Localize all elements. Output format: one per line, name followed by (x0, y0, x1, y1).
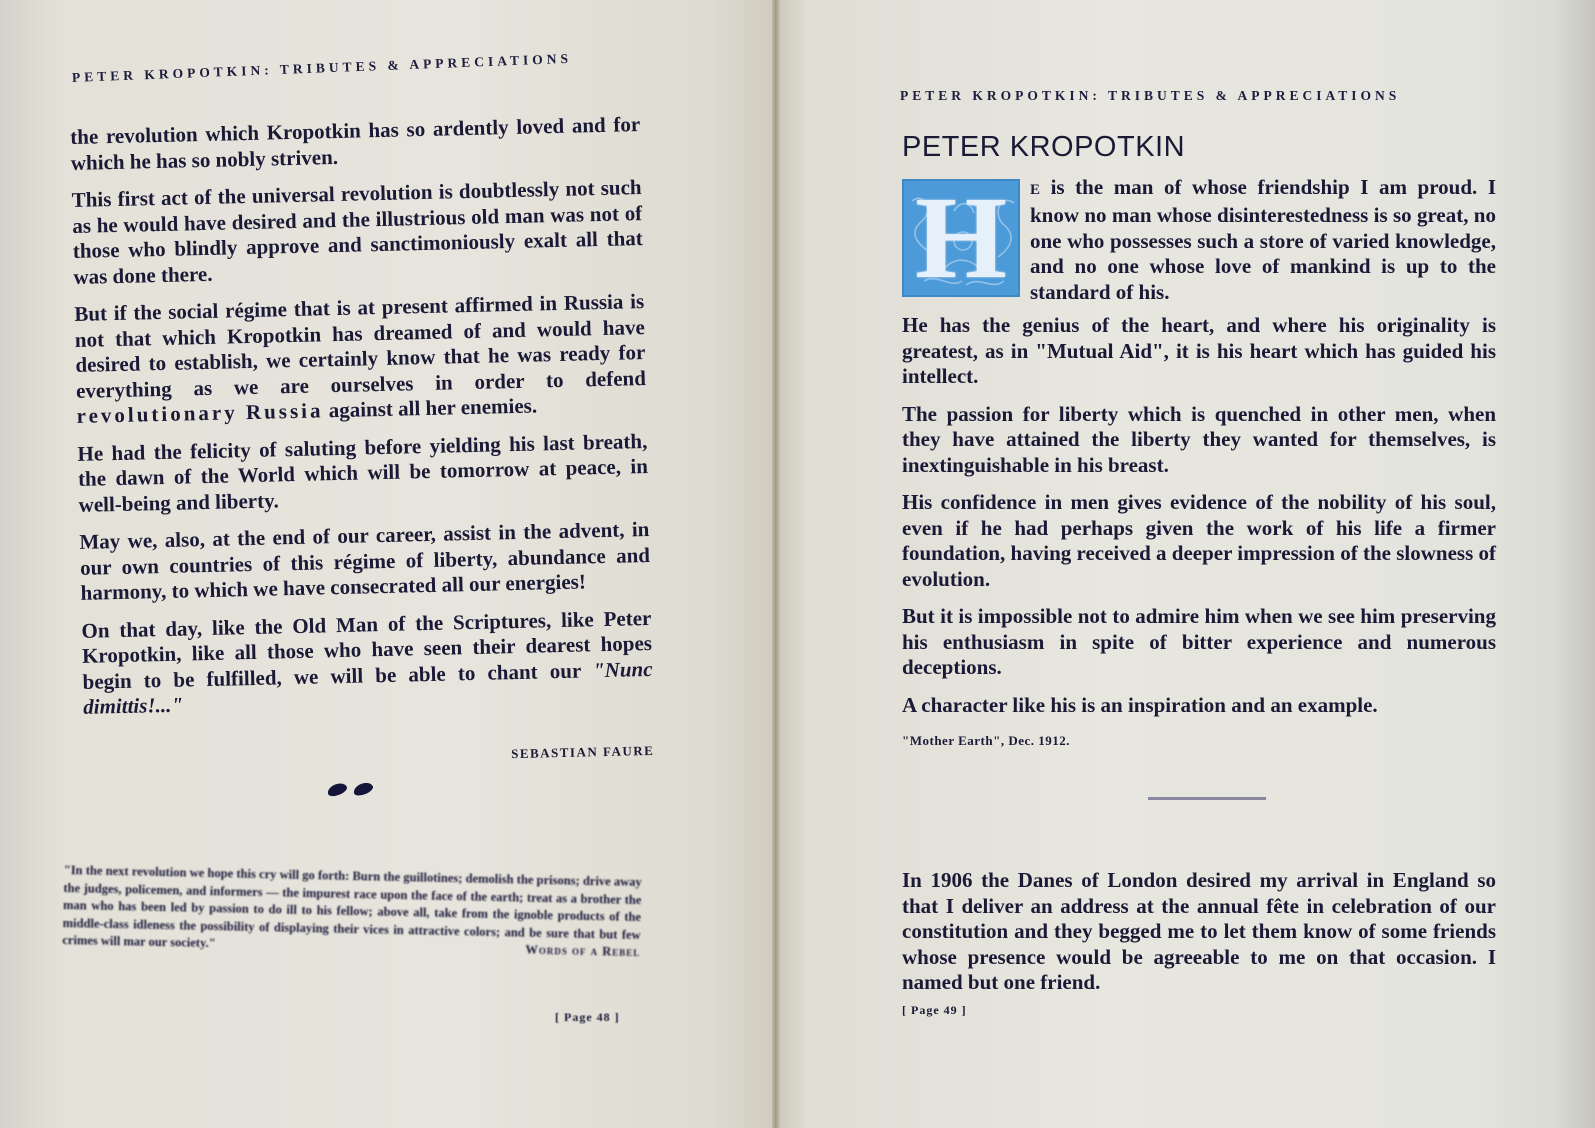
paragraph: But if the social régime that is at pres… (74, 289, 647, 429)
left-page: PETER KROPOTKIN: TRIBUTES & APPRECIATION… (0, 0, 775, 1128)
page-number-left: [ Page 48 ] (555, 1010, 620, 1025)
paragraph: But it is impossible not to admire him w… (902, 604, 1496, 681)
book-spine (772, 0, 780, 1128)
paragraph: E is the man of whose friendship I am pr… (1030, 175, 1496, 306)
drop-cap-letter: H (915, 179, 1007, 297)
paragraph: A character like his is an inspiration a… (902, 693, 1496, 719)
paragraph: May we, also, at the end of our career, … (79, 517, 651, 606)
running-head-left: PETER KROPOTKIN: TRIBUTES & APPRECIATION… (72, 51, 573, 86)
opening-paragraph: H E is the man of whose friendship I am … (902, 175, 1496, 306)
leaf-ornament-icon (85, 777, 655, 801)
section-divider (1148, 797, 1266, 800)
right-body-text: PETER KROPOTKIN H E is the man of whose … (902, 135, 1496, 754)
spaced-emphasis: revolutionary Russia (76, 398, 323, 428)
paragraph: This first act of the universal revoluti… (71, 175, 643, 290)
decorated-initial-icon: H (902, 179, 1020, 297)
paragraph-text: But if the social régime that is at pres… (74, 289, 646, 402)
footnote-text: "In the next revolution we hope this cry… (62, 863, 642, 950)
source-citation: "Mother Earth", Dec. 1912. (902, 728, 1496, 754)
paragraph: The passion for liberty which is quenche… (902, 402, 1496, 479)
paragraph-text: against all her enemies. (323, 393, 537, 422)
page-edge-shadow (1555, 0, 1595, 1128)
article-title: PETER KROPOTKIN (902, 135, 1496, 161)
left-body-text: the revolution which Kropotkin has so ar… (70, 112, 655, 801)
author-signature: SEBASTIAN FAURE (84, 737, 654, 775)
page-number-right: [ Page 49 ] (902, 998, 1496, 1024)
paragraph-text: is the man of whose friendship I am prou… (1030, 175, 1496, 304)
footnote: "In the next revolution we hope this cry… (62, 862, 642, 962)
paragraph-text: On that day, like the Old Man of the Scr… (81, 605, 652, 693)
paragraph: He has the genius of the heart, and wher… (902, 313, 1496, 390)
drop-cap-continuation: E (1030, 182, 1040, 198)
paragraph: On that day, like the Old Man of the Scr… (81, 605, 653, 720)
footnote-source: Words of a Rebel (525, 942, 640, 962)
paragraph: the revolution which Kropotkin has so ar… (70, 112, 641, 176)
running-head-right: PETER KROPOTKIN: TRIBUTES & APPRECIATION… (900, 88, 1400, 104)
paragraph: He had the felicity of saluting before y… (77, 428, 649, 517)
second-section: In 1906 the Danes of London desired my a… (902, 868, 1496, 1023)
paragraph: In 1906 the Danes of London desired my a… (902, 868, 1496, 996)
leaf-icon (352, 780, 375, 798)
leaf-icon (326, 781, 349, 799)
paragraph: His confidence in men gives evidence of … (902, 490, 1496, 592)
